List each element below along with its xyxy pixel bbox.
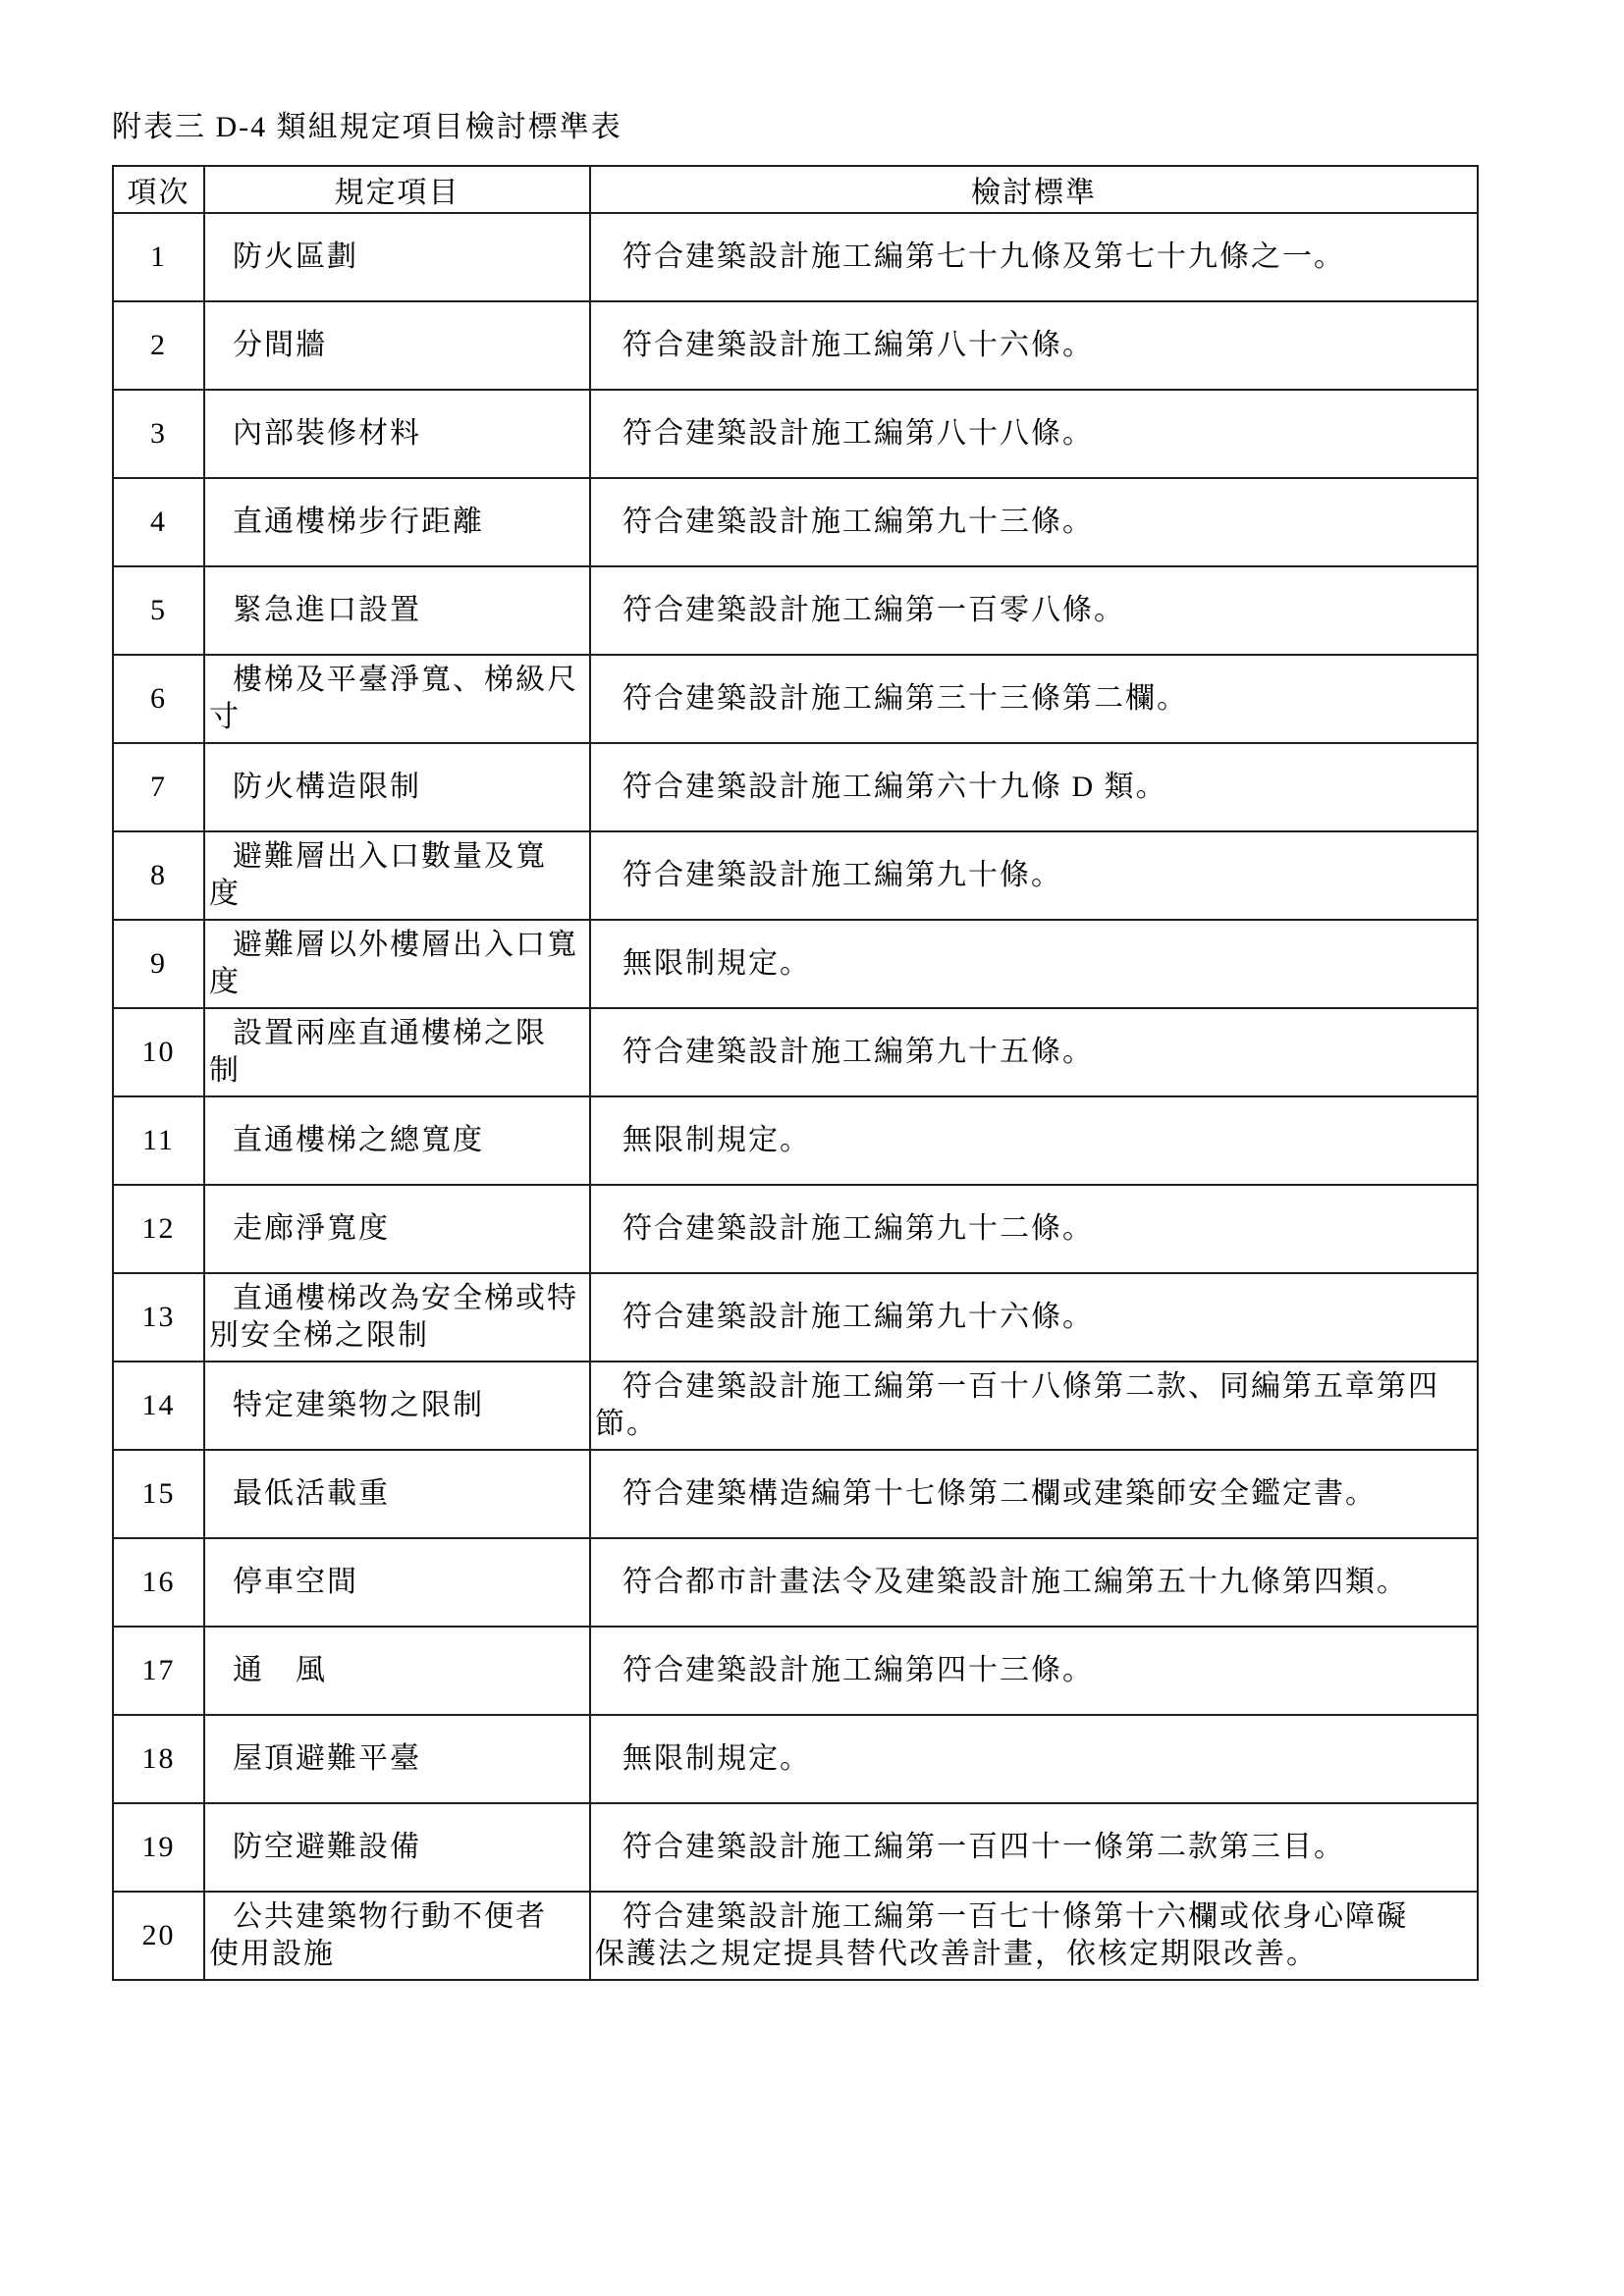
item-name-cell: 直通樓梯步行距離 xyxy=(204,478,590,566)
row-number-cell: 7 xyxy=(113,743,204,831)
standard-cell: 符合建築設計施工編第九十二條。 xyxy=(590,1185,1478,1273)
table-row: 14 特定建築物之限制 符合建築設計施工編第一百十八條第二款、同編第五章第四 節… xyxy=(113,1362,1478,1450)
table-row: 15 最低活載重 符合建築構造編第十七條第二欄或建築師安全鑑定書。 xyxy=(113,1450,1478,1538)
standard-cell: 符合建築設計施工編第一百零八條。 xyxy=(590,566,1478,655)
item-name-cell: 最低活載重 xyxy=(204,1450,590,1538)
table-row: 17 通 風 符合建築設計施工編第四十三條。 xyxy=(113,1627,1478,1715)
row-number-cell: 19 xyxy=(113,1803,204,1892)
item-name-cell: 走廊淨寬度 xyxy=(204,1185,590,1273)
item-name-cell: 設置兩座直通樓梯之限 制 xyxy=(204,1008,590,1096)
item-name-cell: 避難層出入口數量及寬 度 xyxy=(204,831,590,920)
row-number-cell: 6 xyxy=(113,655,204,743)
standard-cell: 無限制規定。 xyxy=(590,1715,1478,1803)
table-row: 1 防火區劃 符合建築設計施工編第七十九條及第七十九條之一。 xyxy=(113,213,1478,301)
row-number-cell: 14 xyxy=(113,1362,204,1450)
standard-cell: 符合建築設計施工編第九十三條。 xyxy=(590,478,1478,566)
header-row: 項次 規定項目 檢討標準 xyxy=(113,166,1478,213)
table-row: 18 屋頂避難平臺 無限制規定。 xyxy=(113,1715,1478,1803)
table-row: 10 設置兩座直通樓梯之限 制 符合建築設計施工編第九十五條。 xyxy=(113,1008,1478,1096)
standard-cell: 無限制規定。 xyxy=(590,920,1478,1008)
row-number-cell: 8 xyxy=(113,831,204,920)
table-row: 2 分間牆 符合建築設計施工編第八十六條。 xyxy=(113,301,1478,390)
header-item-name: 規定項目 xyxy=(204,166,590,213)
table-row: 16 停車空間 符合都市計畫法令及建築設計施工編第五十九條第四類。 xyxy=(113,1538,1478,1627)
document-page: 附表三 D-4 類組規定項目檢討標準表 項次 規定項目 檢討標準 1 防火區劃 … xyxy=(0,0,1624,2296)
item-name-cell: 屋頂避難平臺 xyxy=(204,1715,590,1803)
row-number-cell: 15 xyxy=(113,1450,204,1538)
standard-cell: 符合建築設計施工編第九十六條。 xyxy=(590,1273,1478,1362)
table-row: 7 防火構造限制 符合建築設計施工編第六十九條 D 類。 xyxy=(113,743,1478,831)
row-number-cell: 10 xyxy=(113,1008,204,1096)
standard-cell: 符合建築設計施工編第一百十八條第二款、同編第五章第四 節。 xyxy=(590,1362,1478,1450)
table-row: 8 避難層出入口數量及寬 度 符合建築設計施工編第九十條。 xyxy=(113,831,1478,920)
table-row: 12 走廊淨寬度 符合建築設計施工編第九十二條。 xyxy=(113,1185,1478,1273)
item-name-cell: 直通樓梯改為安全梯或特 別安全梯之限制 xyxy=(204,1273,590,1362)
standard-cell: 符合建築設計施工編第三十三條第二欄。 xyxy=(590,655,1478,743)
row-number-cell: 2 xyxy=(113,301,204,390)
document-title: 附表三 D-4 類組規定項目檢討標準表 xyxy=(112,108,623,147)
standard-cell: 符合建築設計施工編第七十九條及第七十九條之一。 xyxy=(590,213,1478,301)
standards-table: 項次 規定項目 檢討標準 1 防火區劃 符合建築設計施工編第七十九條及第七十九條… xyxy=(112,165,1479,1981)
header-review-standard: 檢討標準 xyxy=(590,166,1478,213)
standard-cell: 無限制規定。 xyxy=(590,1096,1478,1185)
item-name-cell: 特定建築物之限制 xyxy=(204,1362,590,1450)
item-name-cell: 直通樓梯之總寬度 xyxy=(204,1096,590,1185)
item-name-cell: 內部裝修材料 xyxy=(204,390,590,478)
item-name-cell: 避難層以外樓層出入口寬 度 xyxy=(204,920,590,1008)
item-name-cell: 樓梯及平臺淨寬、梯級尺 寸 xyxy=(204,655,590,743)
standard-cell: 符合建築設計施工編第八十六條。 xyxy=(590,301,1478,390)
table-row: 19 防空避難設備 符合建築設計施工編第一百四十一條第二款第三目。 xyxy=(113,1803,1478,1892)
row-number-cell: 16 xyxy=(113,1538,204,1627)
standard-cell: 符合建築設計施工編第九十條。 xyxy=(590,831,1478,920)
standard-cell: 符合建築設計施工編第九十五條。 xyxy=(590,1008,1478,1096)
table-body: 1 防火區劃 符合建築設計施工編第七十九條及第七十九條之一。 2 分間牆 符合建… xyxy=(113,213,1478,1980)
table-row: 20 公共建築物行動不便者 使用設施 符合建築設計施工編第一百七十條第十六欄或依… xyxy=(113,1892,1478,1980)
item-name-cell: 防空避難設備 xyxy=(204,1803,590,1892)
standard-cell: 符合建築設計施工編第一百四十一條第二款第三目。 xyxy=(590,1803,1478,1892)
item-name-cell: 停車空間 xyxy=(204,1538,590,1627)
item-name-cell: 緊急進口設置 xyxy=(204,566,590,655)
item-name-cell: 分間牆 xyxy=(204,301,590,390)
item-name-cell: 通 風 xyxy=(204,1627,590,1715)
row-number-cell: 1 xyxy=(113,213,204,301)
table-row: 6 樓梯及平臺淨寬、梯級尺 寸 符合建築設計施工編第三十三條第二欄。 xyxy=(113,655,1478,743)
header-item-number: 項次 xyxy=(113,166,204,213)
standard-cell: 符合建築構造編第十七條第二欄或建築師安全鑑定書。 xyxy=(590,1450,1478,1538)
item-name-cell: 公共建築物行動不便者 使用設施 xyxy=(204,1892,590,1980)
table-row: 11 直通樓梯之總寬度 無限制規定。 xyxy=(113,1096,1478,1185)
row-number-cell: 18 xyxy=(113,1715,204,1803)
row-number-cell: 3 xyxy=(113,390,204,478)
row-number-cell: 4 xyxy=(113,478,204,566)
row-number-cell: 20 xyxy=(113,1892,204,1980)
row-number-cell: 17 xyxy=(113,1627,204,1715)
standard-cell: 符合建築設計施工編第四十三條。 xyxy=(590,1627,1478,1715)
row-number-cell: 9 xyxy=(113,920,204,1008)
row-number-cell: 11 xyxy=(113,1096,204,1185)
standard-cell: 符合都市計畫法令及建築設計施工編第五十九條第四類。 xyxy=(590,1538,1478,1627)
item-name-cell: 防火構造限制 xyxy=(204,743,590,831)
table-row: 5 緊急進口設置 符合建築設計施工編第一百零八條。 xyxy=(113,566,1478,655)
row-number-cell: 13 xyxy=(113,1273,204,1362)
item-name-cell: 防火區劃 xyxy=(204,213,590,301)
table-row: 4 直通樓梯步行距離 符合建築設計施工編第九十三條。 xyxy=(113,478,1478,566)
row-number-cell: 5 xyxy=(113,566,204,655)
table-row: 13 直通樓梯改為安全梯或特 別安全梯之限制 符合建築設計施工編第九十六條。 xyxy=(113,1273,1478,1362)
table-row: 3 內部裝修材料 符合建築設計施工編第八十八條。 xyxy=(113,390,1478,478)
table-row: 9 避難層以外樓層出入口寬 度 無限制規定。 xyxy=(113,920,1478,1008)
standard-cell: 符合建築設計施工編第六十九條 D 類。 xyxy=(590,743,1478,831)
standard-cell: 符合建築設計施工編第八十八條。 xyxy=(590,390,1478,478)
standard-cell: 符合建築設計施工編第一百七十條第十六欄或依身心障礙 保護法之規定提具替代改善計畫… xyxy=(590,1892,1478,1980)
row-number-cell: 12 xyxy=(113,1185,204,1273)
